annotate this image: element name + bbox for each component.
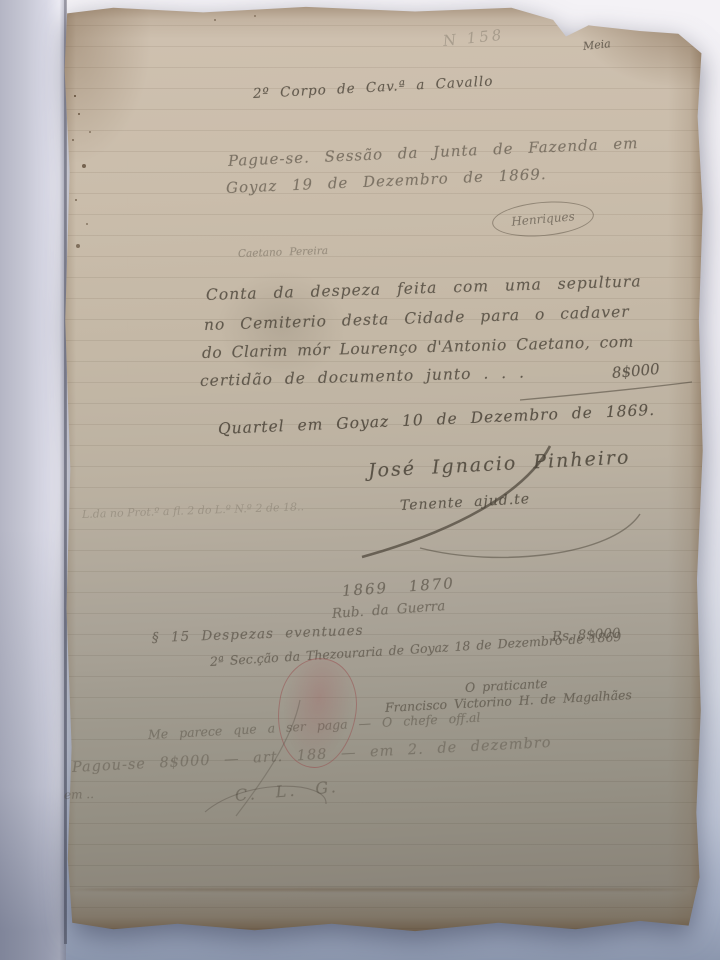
circled-rubric-text: Henriques: [511, 209, 576, 228]
foxing-specks: [74, 95, 76, 97]
photo-of-manuscript: N 158 Meia 2º Corpo de Cav.ª a Cavallo P…: [0, 0, 720, 960]
settlement-fragment: em ..: [64, 787, 94, 802]
edge-toning-bottom: [62, 893, 704, 933]
corner-stain-top-left: [62, 5, 152, 165]
edge-toning-right: [668, 5, 704, 933]
album-page-edge-shadow: [0, 0, 66, 960]
bottom-crease: [72, 888, 686, 891]
